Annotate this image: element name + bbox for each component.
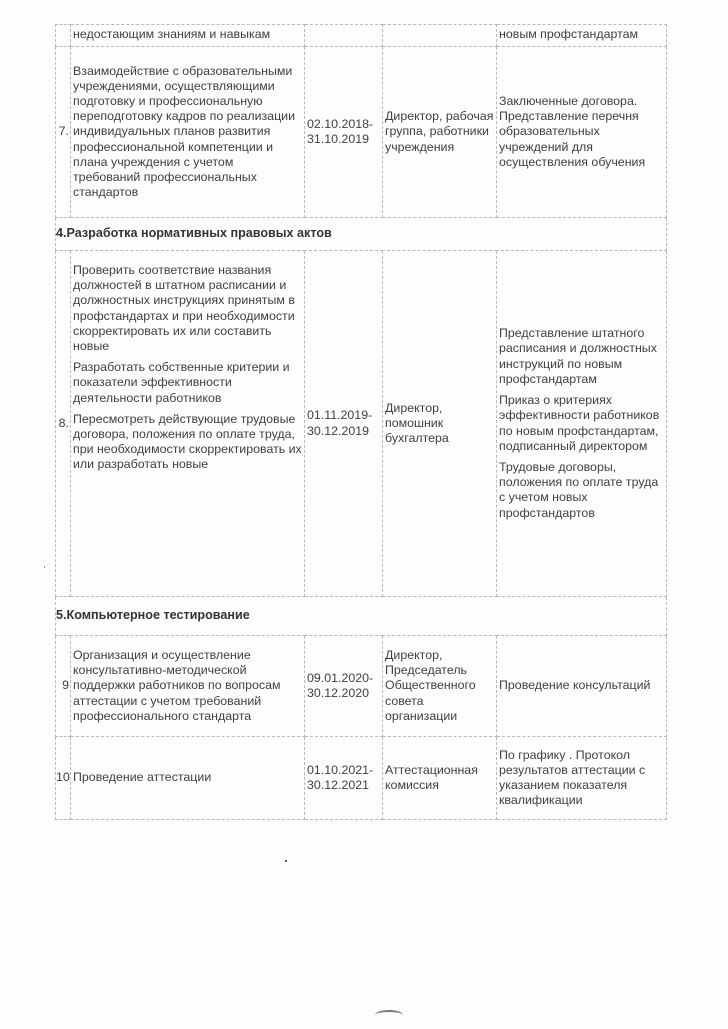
result-text: Приказ о критериях эффективности работни…	[499, 393, 664, 454]
dates-cell: 01.10.2021-30.12.2021	[305, 737, 383, 820]
scan-artifact-curve	[375, 1010, 403, 1020]
scanned-document-page: недостающим знаниям и навыкам новым проф…	[0, 0, 728, 1029]
section-header-row: 4.Разработка нормативных правовых актов	[56, 218, 667, 251]
task-cell: недостающим знаниям и навыкам	[71, 25, 305, 47]
scan-speck	[44, 566, 45, 568]
task-cell: Проведение аттестации	[71, 737, 305, 820]
action-plan-table: недостающим знаниям и навыкам новым проф…	[55, 24, 667, 820]
dates-cell	[305, 25, 383, 47]
responsible-cell: Аттестационная комиссия	[383, 737, 497, 820]
task-text: Проверить соответствие названия должност…	[73, 263, 302, 354]
result-text: Проведение консультаций	[499, 678, 664, 693]
row-number: 7.	[56, 47, 71, 218]
table-row-continuation: недостающим знаниям и навыкам новым проф…	[56, 25, 667, 47]
task-cell: Проверить соответствие названия должност…	[71, 251, 305, 597]
task-text: Пересмотреть действующие трудовые догово…	[73, 412, 302, 473]
result-cell: новым профстандартам	[497, 25, 667, 47]
table-row-8: 8. Проверить соответствие названия должн…	[56, 251, 667, 597]
table-row-7: 7. Взаимодействие с образовательными учр…	[56, 47, 667, 218]
result-text: Трудовые договоры, положения по оплате т…	[499, 460, 664, 521]
result-cell: Заключенные договора. Представление пере…	[497, 47, 667, 218]
row-number: 9	[56, 636, 71, 737]
table-row-9: 9 Организация и осуществление консультат…	[56, 636, 667, 737]
result-text: По графику . Протокол результатов аттест…	[499, 748, 664, 809]
dates-cell: 01.11.2019-30.12.2019	[305, 251, 383, 597]
section-title: 5.Компьютерное тестирование	[56, 597, 667, 636]
table-row-10: 10 Проведение аттестации 01.10.2021-30.1…	[56, 737, 667, 820]
task-text: Проведение аттестации	[73, 770, 302, 785]
result-text: Заключенные договора. Представление пере…	[499, 94, 664, 170]
result-text: Представление штатного расписания и долж…	[499, 326, 664, 387]
task-cell: Взаимодействие с образовательными учрежд…	[71, 47, 305, 218]
responsible-cell: Директор, помошник бухгалтера	[383, 251, 497, 597]
result-cell: По графику . Протокол результатов аттест…	[497, 737, 667, 820]
responsible-cell	[383, 25, 497, 47]
task-text: Организация и осуществление консультатив…	[73, 648, 302, 724]
result-text: новым профстандартам	[499, 27, 664, 42]
responsible-cell: Директор, рабочая группа, работники учре…	[383, 47, 497, 218]
dates-cell: 02.10.2018-31.10.2019	[305, 47, 383, 218]
scan-speck	[285, 860, 287, 862]
task-text: недостающим знаниям и навыкам	[73, 27, 302, 42]
result-cell: Представление штатного расписания и долж…	[497, 251, 667, 597]
dates-cell: 09.01.2020-30.12.2020	[305, 636, 383, 737]
result-cell: Проведение консультаций	[497, 636, 667, 737]
section-header-row: 5.Компьютерное тестирование	[56, 597, 667, 636]
task-text: Взаимодействие с образовательными учрежд…	[73, 64, 302, 201]
task-cell: Организация и осуществление консультатив…	[71, 636, 305, 737]
row-number: 10	[56, 737, 71, 820]
row-number	[56, 25, 71, 47]
row-number: 8.	[56, 251, 71, 597]
task-text: Разработать собственные критерии и показ…	[73, 360, 302, 406]
section-title: 4.Разработка нормативных правовых актов	[56, 218, 667, 251]
responsible-cell: Директор, Председатель Общественного сов…	[383, 636, 497, 737]
